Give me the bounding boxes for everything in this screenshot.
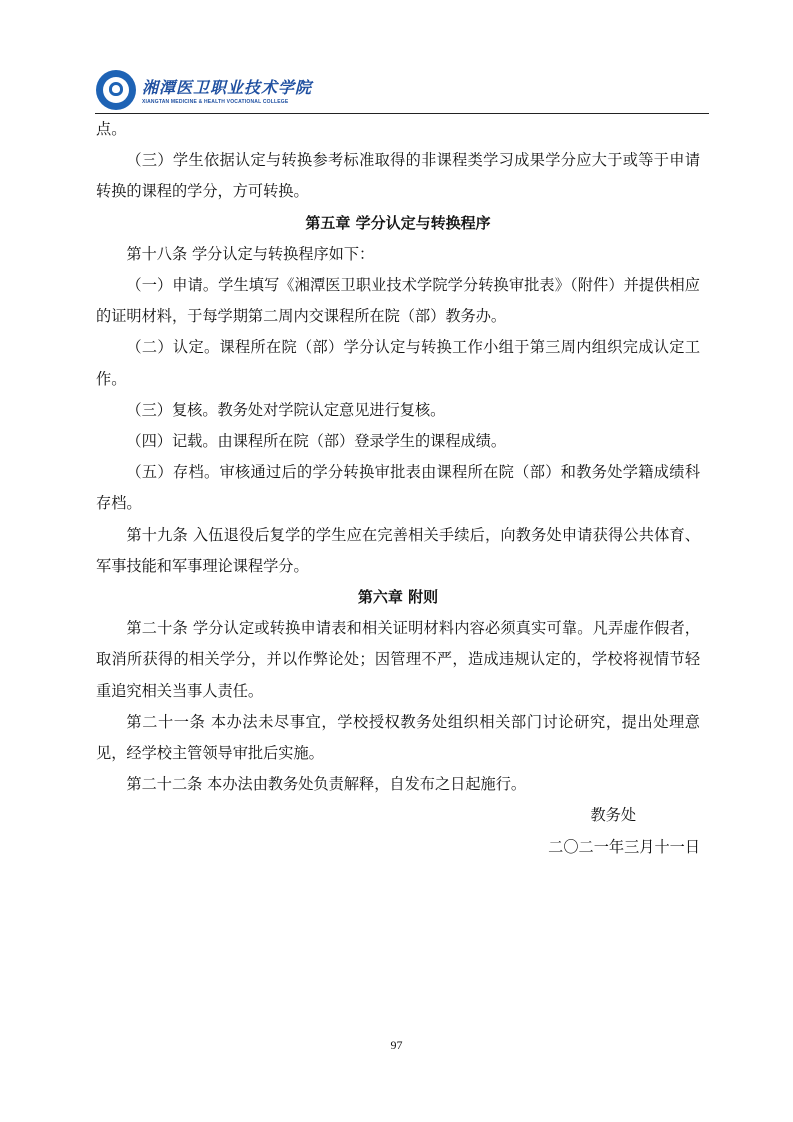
college-name-en: XIANGTAN MEDICINE & HEALTH VOCATIONAL CO… <box>142 99 312 105</box>
signature-org: 教务处 <box>96 800 700 831</box>
paragraph: （二）认定。课程所在院（部）学分认定与转换工作小组于第三周内组织完成认定工作。 <box>96 332 700 394</box>
document-body: 点。 （三）学生依据认定与转换参考标准取得的非课程类学习成果学分应大于或等于申请… <box>96 114 700 863</box>
college-name-cn: 湘潭医卫职业技术学院 <box>142 75 312 98</box>
article: 第二十二条 本办法由教务处负责解释，自发布之日起施行。 <box>96 769 700 800</box>
document-header: 湘潭医卫职业技术学院 XIANGTAN MEDICINE & HEALTH VO… <box>96 68 312 112</box>
chapter-heading: 第六章 附则 <box>96 582 700 613</box>
paragraph: （一）申请。学生填写《湘潭医卫职业技术学院学分转换审批表》（附件）并提供相应的证… <box>96 270 700 332</box>
page-number: 97 <box>0 1038 793 1053</box>
college-name: 湘潭医卫职业技术学院 XIANGTAN MEDICINE & HEALTH VO… <box>142 75 312 105</box>
paragraph: 点。 <box>96 114 700 145</box>
article: 第二十条 学分认定或转换申请表和相关证明材料内容必须真实可靠。凡弄虚作假者，取消… <box>96 613 700 707</box>
signature-date: 二〇二一年三月十一日 <box>96 832 700 863</box>
paragraph: （三）复核。教务处对学院认定意见进行复核。 <box>96 395 700 426</box>
article: 第十八条 学分认定与转换程序如下： <box>96 239 700 270</box>
college-logo-icon <box>96 70 136 110</box>
chapter-heading: 第五章 学分认定与转换程序 <box>96 208 700 239</box>
article: 第十九条 入伍退役后复学的学生应在完善相关手续后，向教务处申请获得公共体育、军事… <box>96 520 700 582</box>
paragraph: （五）存档。审核通过后的学分转换审批表由课程所在院（部）和教务处学籍成绩科存档。 <box>96 457 700 519</box>
paragraph: （四）记载。由课程所在院（部）登录学生的课程成绩。 <box>96 426 700 457</box>
paragraph: （三）学生依据认定与转换参考标准取得的非课程类学习成果学分应大于或等于申请转换的… <box>96 145 700 207</box>
article: 第二十一条 本办法未尽事宜，学校授权教务处组织相关部门讨论研究，提出处理意见，经… <box>96 707 700 769</box>
